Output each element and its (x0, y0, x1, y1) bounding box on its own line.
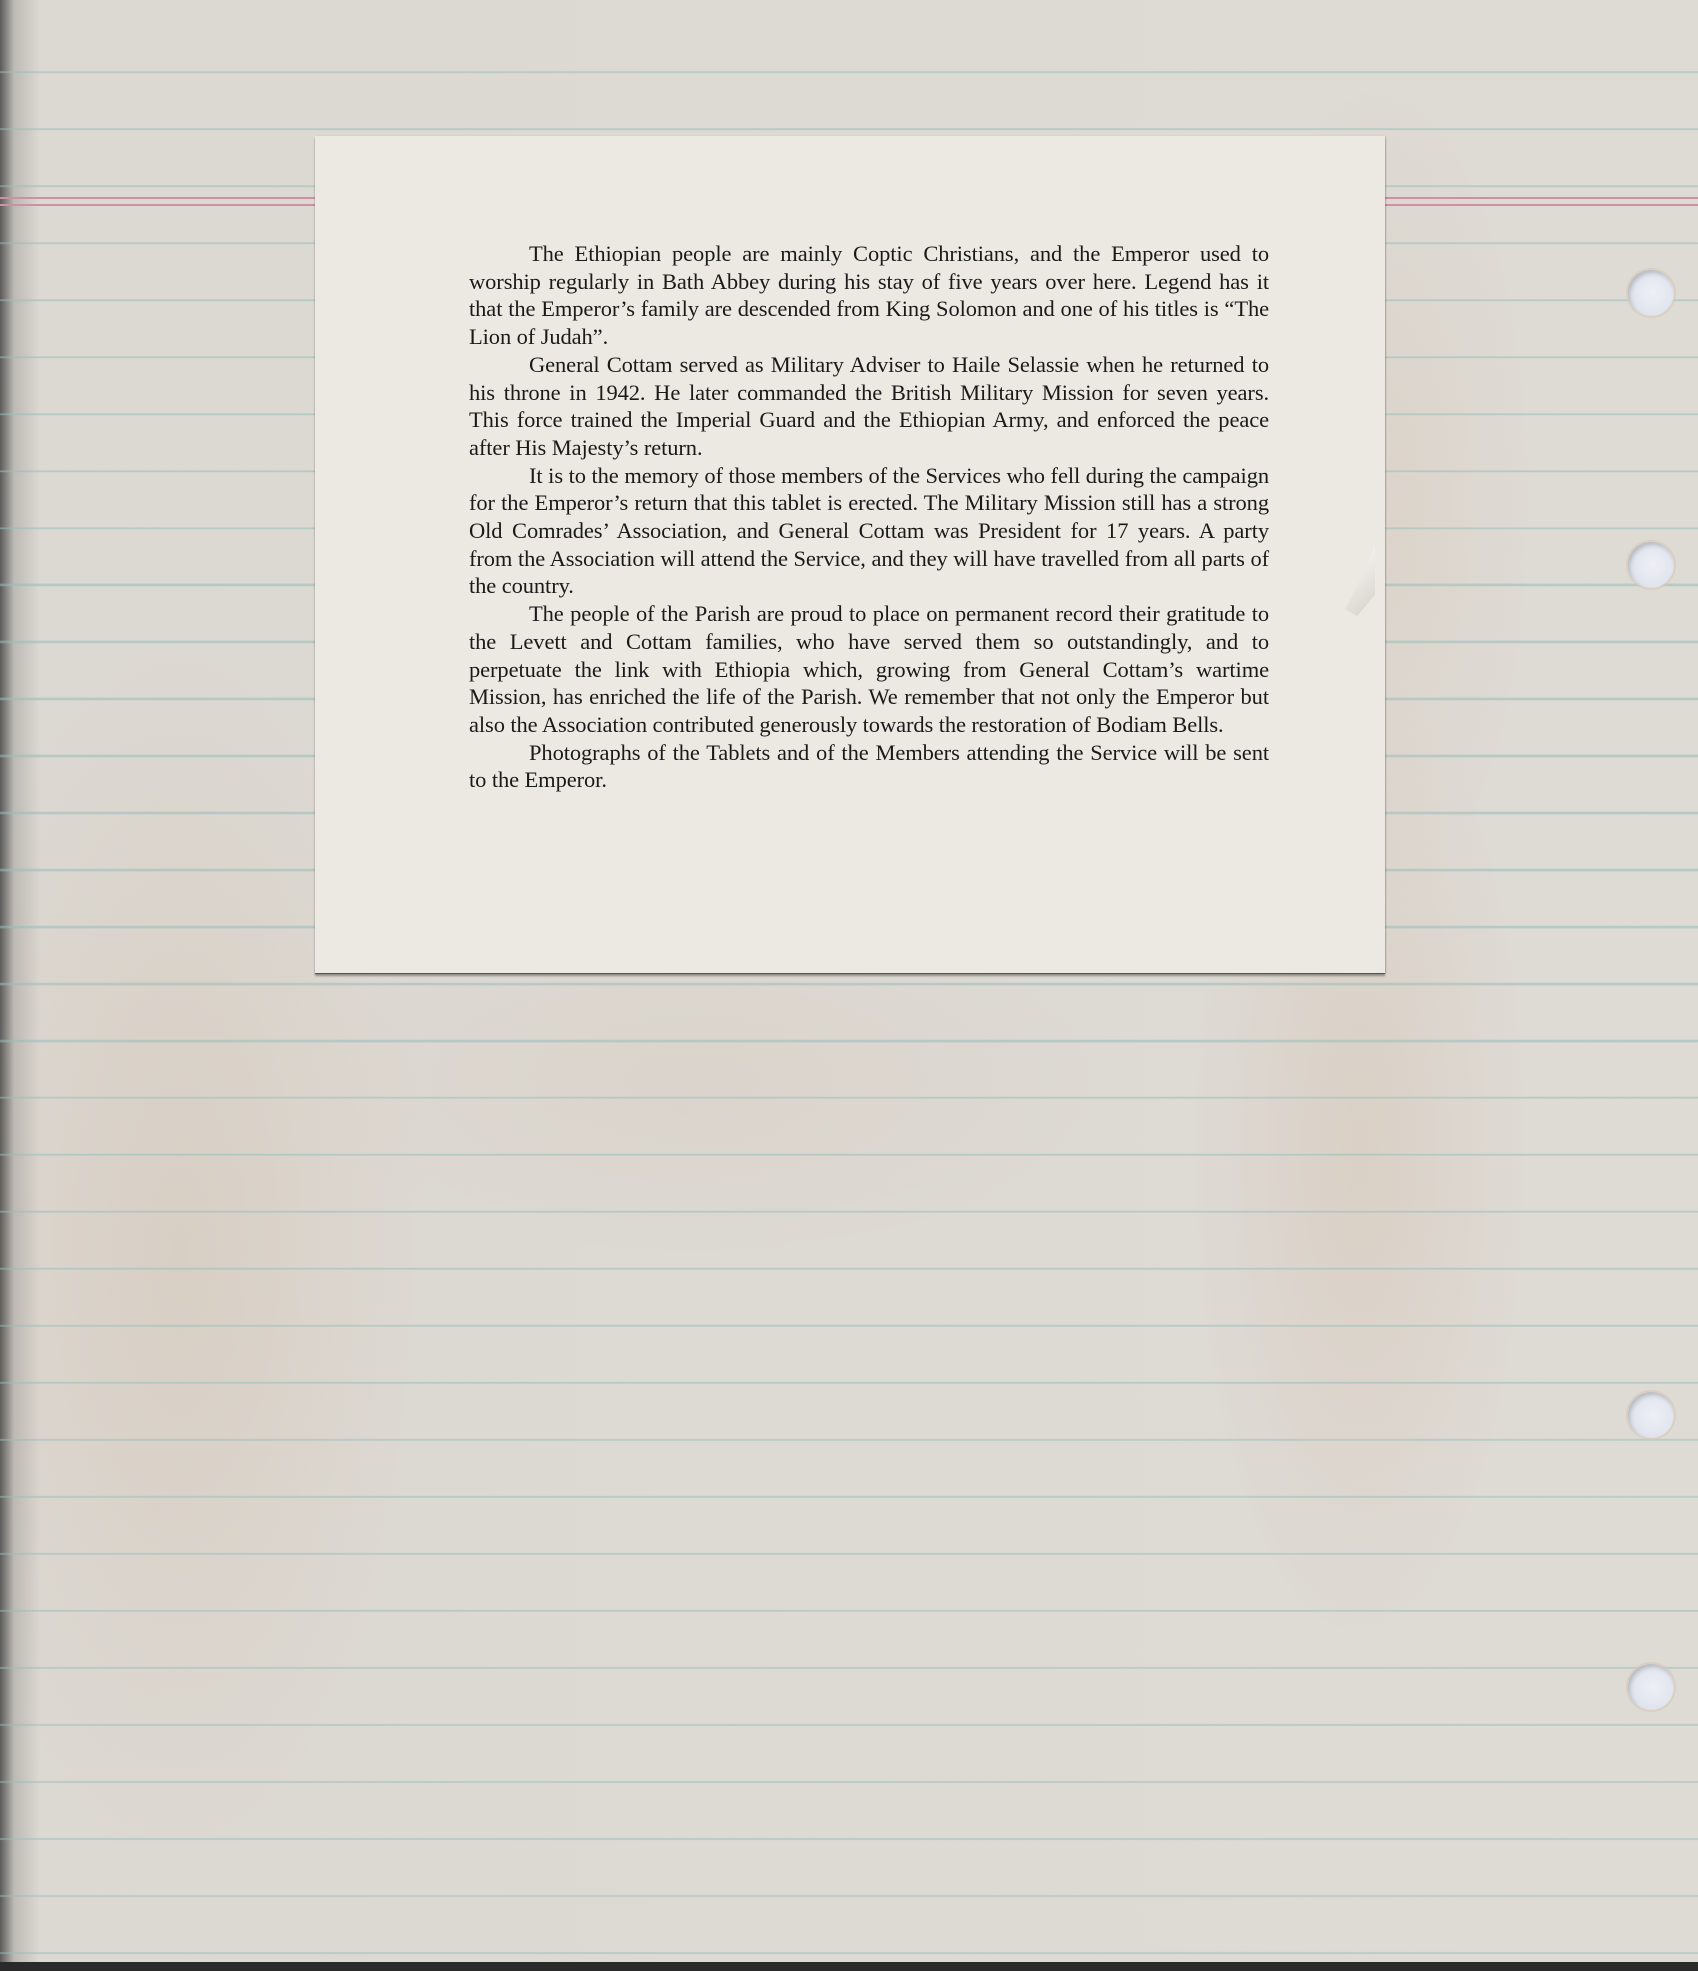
paragraph-memorial-tablet: It is to the memory of those members of … (469, 462, 1269, 601)
paragraph-general-cottam: General Cottam served as Military Advise… (469, 351, 1269, 462)
scrapbook-page: The Ethiopian people are mainly Coptic C… (0, 0, 1698, 1962)
paragraph-coptic-christians: The Ethiopian people are mainly Coptic C… (469, 240, 1269, 351)
punch-hole-icon (1628, 542, 1674, 588)
clipping-text: The Ethiopian people are mainly Coptic C… (469, 240, 1269, 794)
punch-hole-icon (1628, 270, 1674, 316)
punch-hole-icon (1628, 1664, 1674, 1710)
newspaper-clipping: The Ethiopian people are mainly Coptic C… (315, 136, 1385, 974)
torn-corner (1345, 546, 1375, 616)
paragraph-photographs: Photographs of the Tablets and of the Me… (469, 739, 1269, 794)
punch-hole-icon (1628, 1392, 1674, 1438)
paragraph-parish-gratitude: The people of the Parish are proud to pl… (469, 600, 1269, 739)
